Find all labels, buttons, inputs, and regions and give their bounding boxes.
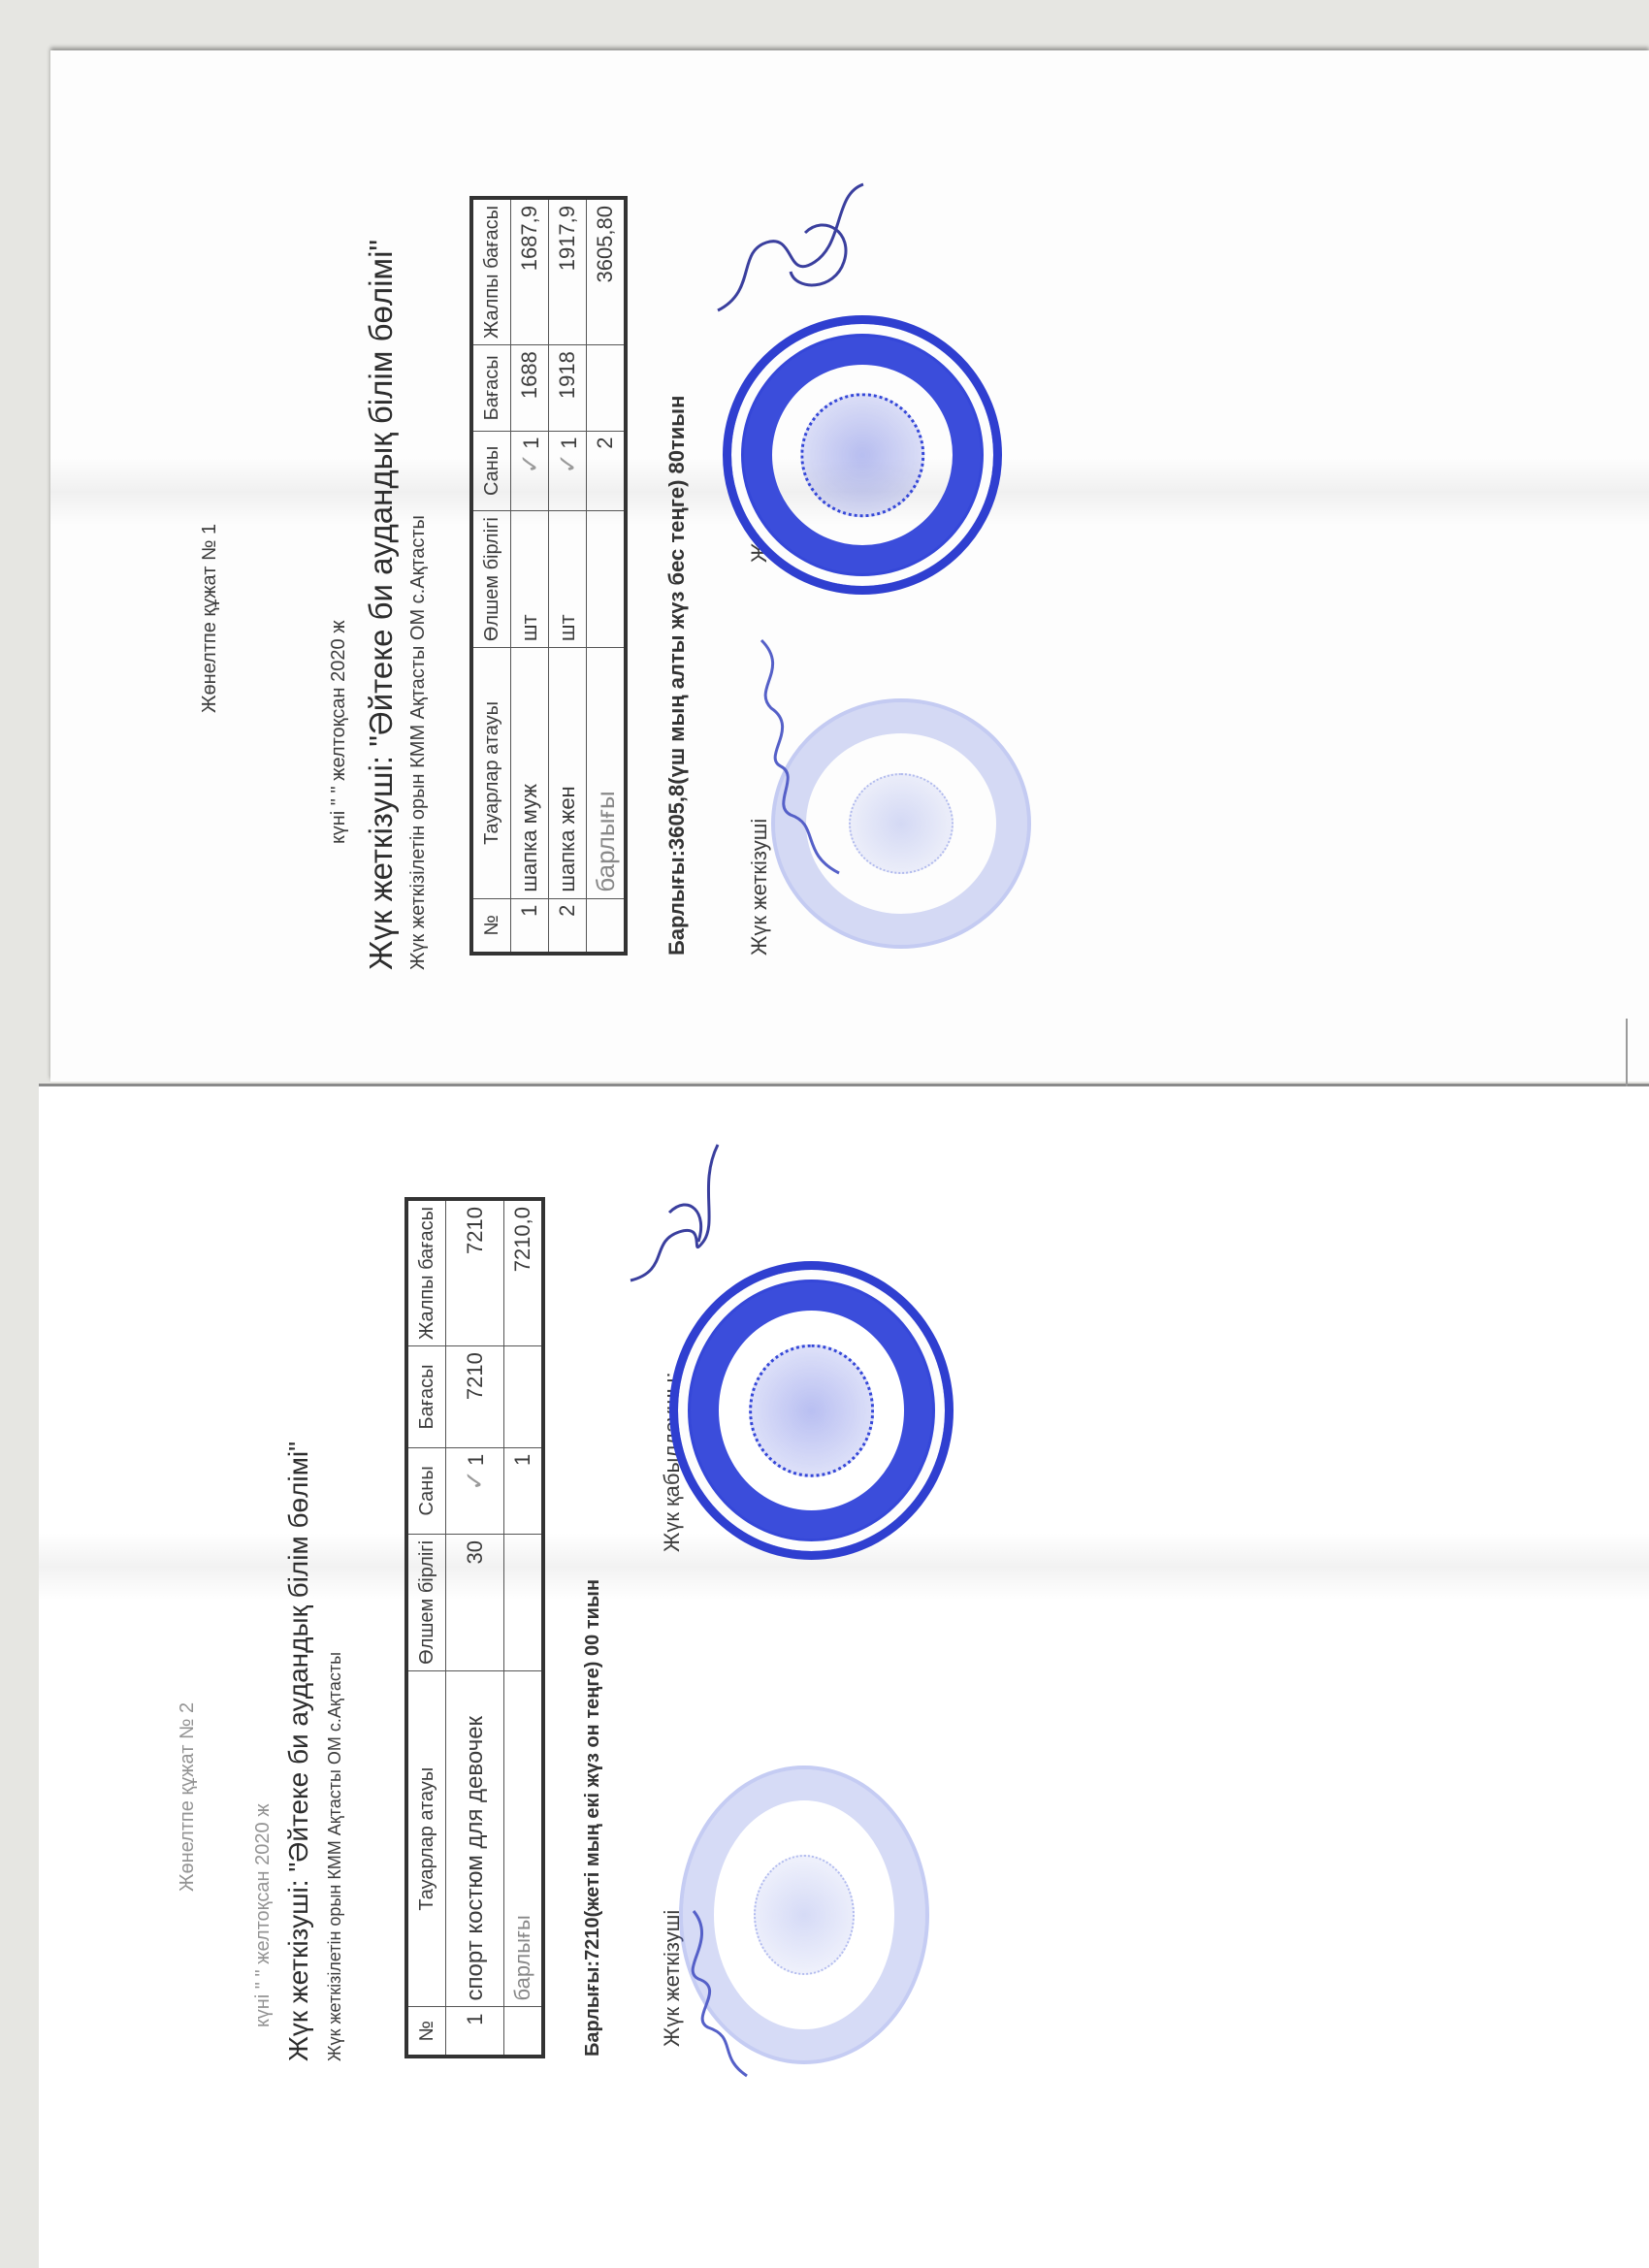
invoice-table-1: № Тауарлар атауы Өлшем бірлігі Саны Баға… — [469, 196, 628, 956]
invoice-table-2: № Тауарлар атауы Өлшем бірлігі Саны Баға… — [404, 1197, 545, 2058]
col-unit: Өлшем бірлігі — [406, 1534, 446, 1670]
col-no: № — [471, 898, 511, 954]
col-name: Тауарлар атауы — [406, 1670, 446, 2007]
delivery-place: Жүк жеткізілетін орын КММ Ақтасты ОМ с.А… — [407, 515, 430, 970]
total-in-words: Барлығы:3605,8(үш мың алты жүз бес теңге… — [664, 396, 690, 956]
col-price: Бағасы — [471, 345, 511, 431]
table-total-row: барлығы 1 7210,0 — [504, 1199, 544, 2057]
col-price: Бағасы — [406, 1346, 446, 1448]
col-name: Тауарлар атауы — [471, 648, 511, 899]
receiver-signature — [698, 175, 883, 320]
table-total-row: барлығы 2 3605,80 — [587, 198, 627, 954]
doc-title: Жөнелтпе құжат № 2 — [177, 1702, 199, 1892]
supplier-heading: Жүк жеткізуші: "Әйтеке би аудандық білім… — [363, 240, 400, 970]
supplier-signature — [742, 631, 878, 883]
table-header: № Тауарлар атауы Өлшем бірлігі Саны Баға… — [471, 198, 511, 954]
total-in-words: Барлығы:7210(жеті мың екі жүз он теңге) … — [582, 1579, 604, 2057]
doc-title: Жөнелтпе құжат № 1 — [199, 524, 221, 713]
coat-of-arms-icon — [800, 393, 924, 517]
col-total: Жалпы бағасы — [406, 1199, 446, 1346]
coat-of-arms-icon — [749, 1345, 875, 1477]
date-line: күні " " желтоқсан 2020 ж — [252, 1803, 275, 2027]
official-stamp — [723, 315, 1002, 595]
invoice-sheet-2 — [39, 1084, 1649, 2268]
table-row: 2 шапка жен шт ✓1 1918 1917,9 — [549, 198, 587, 954]
checkmark-icon: ✓ — [460, 1470, 489, 1491]
col-no: № — [406, 2007, 446, 2057]
col-qty: Саны — [406, 1447, 446, 1534]
col-qty: Саны — [471, 431, 511, 511]
official-stamp — [669, 1261, 954, 1560]
table-header: № Тауарлар атауы Өлшем бірлігі Саны Баға… — [406, 1199, 446, 2057]
supplier-heading: Жүк жеткізуші: "Әйтеке би аудандық білім… — [283, 1442, 314, 2061]
table-row: 1 шапка муж шт ✓1 1688 1687,9 — [511, 198, 549, 954]
paper-edge — [1626, 1019, 1628, 1086]
col-total: Жалпы бағасы — [471, 198, 511, 345]
col-unit: Өлшем бірлігі — [471, 511, 511, 648]
checkmark-icon: ✓ — [515, 453, 544, 474]
date-line: күні " " желтоқсан 2020 ж — [328, 620, 350, 844]
supplier-signature — [669, 1892, 776, 2086]
checkmark-icon: ✓ — [553, 453, 582, 474]
delivery-place: Жүк жеткізілетін орын КММ Ақтасты ОМ с.А… — [325, 1652, 345, 2061]
table-row: 1 спорт костюм для девочек 30 ✓1 7210 72… — [446, 1199, 504, 2057]
receiver-signature — [611, 1135, 727, 1290]
